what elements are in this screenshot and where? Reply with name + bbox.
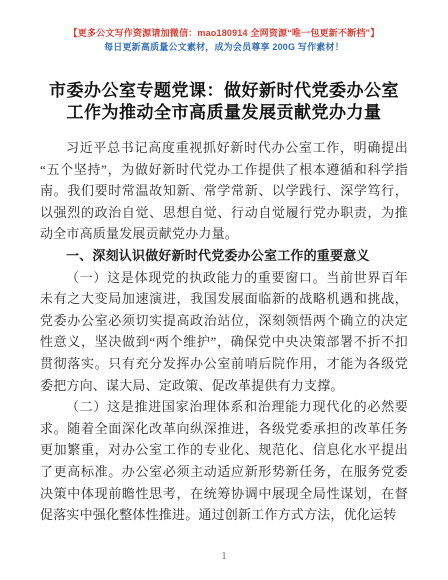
section-heading-1: 一、深刻认识做好新时代党委办公室工作的重要意义: [40, 245, 408, 267]
document-content: 【更多公文写作资源请加微信：mao180914 全网资源“唯一包更新不断档”】 …: [40, 26, 408, 526]
page-number: 1: [0, 551, 448, 562]
watermark-line-1: 【更多公文写作资源请加微信：mao180914 全网资源“唯一包更新不断档”】: [40, 26, 408, 40]
document-title: 市委办公室专题党课：做好新时代党委办公室工作为推动全市高质量发展贡献党办力量: [44, 80, 404, 124]
watermark-line-2: 每日更新高质量公文素材，成为会员尊享 200G 写作素材！: [40, 40, 408, 54]
paragraph-point-2: （二）这是推进国家治理体系和治理能力现代化的必然要求。随着全面深化改革向纵深推进…: [40, 396, 408, 526]
document-body: 习近平总书记高度重视抓好新时代办公室工作，明确提出“五个坚持”，为做好新时代党办…: [40, 137, 408, 526]
paragraph-intro: 习近平总书记高度重视抓好新时代办公室工作，明确提出“五个坚持”，为做好新时代党办…: [40, 137, 408, 245]
paragraph-point-1: （一）这是体现党的执政能力的重要窗口。当前世界百年未有之大变局加速演进，我国发展…: [40, 267, 408, 397]
document-page: 【更多公文写作资源请加微信：mao180914 全网资源“唯一包更新不断档”】 …: [0, 0, 448, 580]
